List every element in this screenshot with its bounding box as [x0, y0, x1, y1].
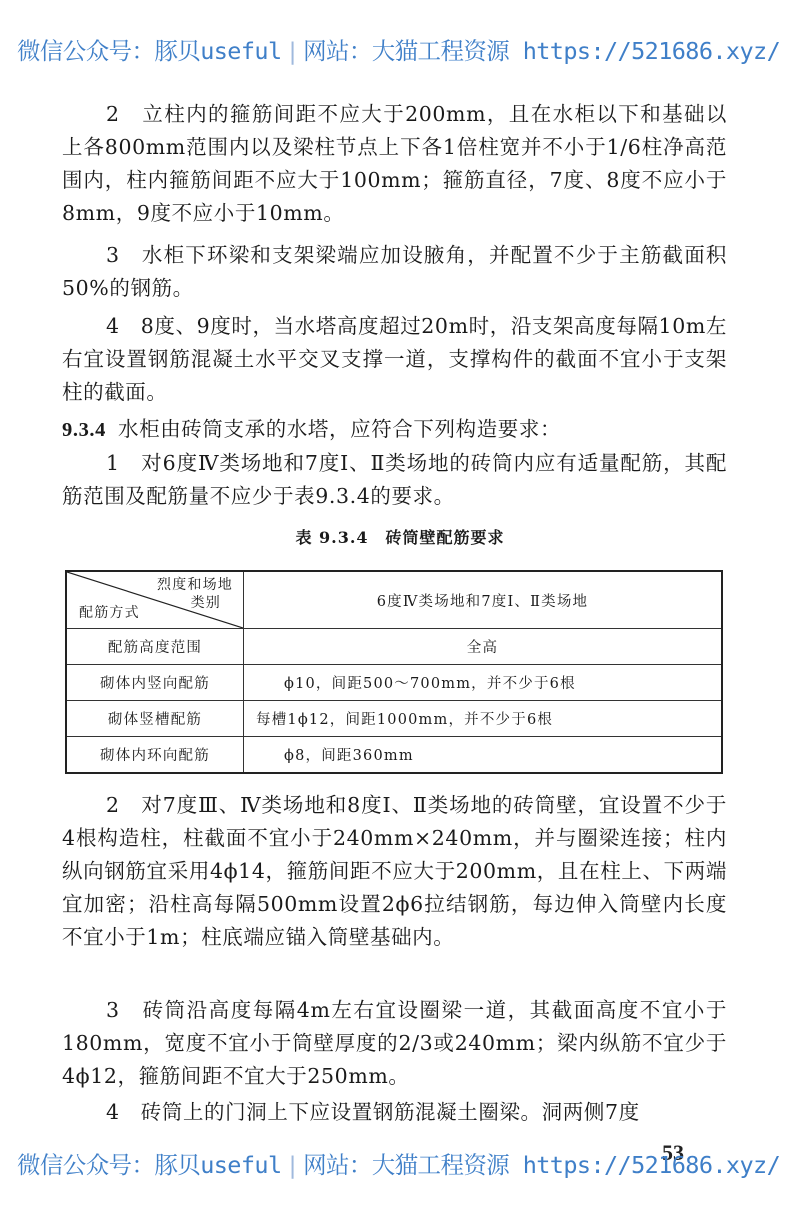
table-row: 砌体内环向配筋 ϕ8，间距360mm [66, 737, 722, 774]
row-label: 砌体竖槽配筋 [66, 701, 244, 737]
watermark-bottom: 微信公众号：豚贝useful|网站：大猫工程资源 https://521686.… [17, 1146, 797, 1180]
diag-top-label: 烈度和场地 类别 [157, 576, 233, 612]
watermark-separator: | [286, 1151, 300, 1179]
row-label: 砌体内竖向配筋 [66, 665, 244, 701]
diag-top-line2: 类别 [157, 594, 221, 612]
clause-3-paragraph: 3 水柜下环梁和支架梁端应加设腋角，并配置不少于主筋截面积50%的钢筋。 [62, 239, 727, 305]
reinforcement-table: 烈度和场地 类别 配筋方式 6度Ⅳ类场地和7度Ⅰ、Ⅱ类场地 配筋高度范围 全高 … [65, 570, 723, 774]
watermark-wechat: 微信公众号：豚贝useful [17, 37, 282, 65]
diag-bottom-label: 配筋方式 [79, 602, 140, 622]
clause-2-paragraph: 2 立柱内的箍筋间距不应大于200mm，且在水柜以下和基础以上各800mm范围内… [62, 98, 727, 230]
watermark-website: 网站：大猫工程资源 https://521686.xyz/ [303, 1151, 780, 1179]
diag-top-line1: 烈度和场地 [157, 576, 233, 594]
watermark-top: 微信公众号：豚贝useful|网站：大猫工程资源 https://521686.… [17, 32, 797, 66]
row-value: ϕ8，间距360mm [244, 737, 723, 774]
section-item-4: 4 砖筒上的门洞上下应设置钢筋混凝土圈梁。洞两侧7度 [62, 1096, 727, 1129]
section-heading: 9.3.4水柜由砖筒支承的水塔，应符合下列构造要求： [62, 413, 727, 447]
section-text: 水柜由砖筒支承的水塔，应符合下列构造要求： [118, 417, 561, 441]
watermark-separator: | [286, 37, 300, 65]
section-item-3: 3 砖筒沿高度每隔4m左右宜设圈梁一道，其截面高度不宜小于180mm，宽度不宜小… [62, 994, 727, 1093]
table-header-row: 烈度和场地 类别 配筋方式 6度Ⅳ类场地和7度Ⅰ、Ⅱ类场地 [66, 571, 722, 629]
table-row: 配筋高度范围 全高 [66, 629, 722, 665]
watermark-website: 网站：大猫工程资源 https://521686.xyz/ [303, 37, 780, 65]
table-row: 砌体竖槽配筋 每槽1ϕ12，间距1000mm，并不少于6根 [66, 701, 722, 737]
column-header: 6度Ⅳ类场地和7度Ⅰ、Ⅱ类场地 [244, 571, 723, 629]
table-title: 表 9.3.4 砖筒壁配筋要求 [0, 525, 800, 548]
row-value: 全高 [244, 629, 723, 665]
section-item-2: 2 对7度Ⅲ、Ⅳ类场地和8度Ⅰ、Ⅱ类场地的砖筒壁，宜设置不少于4根构造柱，柱截面… [62, 789, 727, 954]
row-value: ϕ10，间距500～700mm，并不少于6根 [244, 665, 723, 701]
watermark-wechat: 微信公众号：豚贝useful [17, 1151, 282, 1179]
clause-4-paragraph: 4 8度、9度时，当水塔高度超过20m时，沿支架高度每隔10m左右宜设置钢筋混凝… [62, 310, 727, 409]
section-item-1: 1 对6度Ⅳ类场地和7度Ⅰ、Ⅱ类场地的砖筒内应有适量配筋，其配筋范围及配筋量不应… [62, 447, 727, 513]
row-label: 砌体内环向配筋 [66, 737, 244, 774]
table-row: 砌体内竖向配筋 ϕ10，间距500～700mm，并不少于6根 [66, 665, 722, 701]
row-value: 每槽1ϕ12，间距1000mm，并不少于6根 [244, 701, 723, 737]
row-label: 配筋高度范围 [66, 629, 244, 665]
diagonal-header-cell: 烈度和场地 类别 配筋方式 [66, 571, 244, 629]
section-number: 9.3.4 [62, 419, 106, 441]
